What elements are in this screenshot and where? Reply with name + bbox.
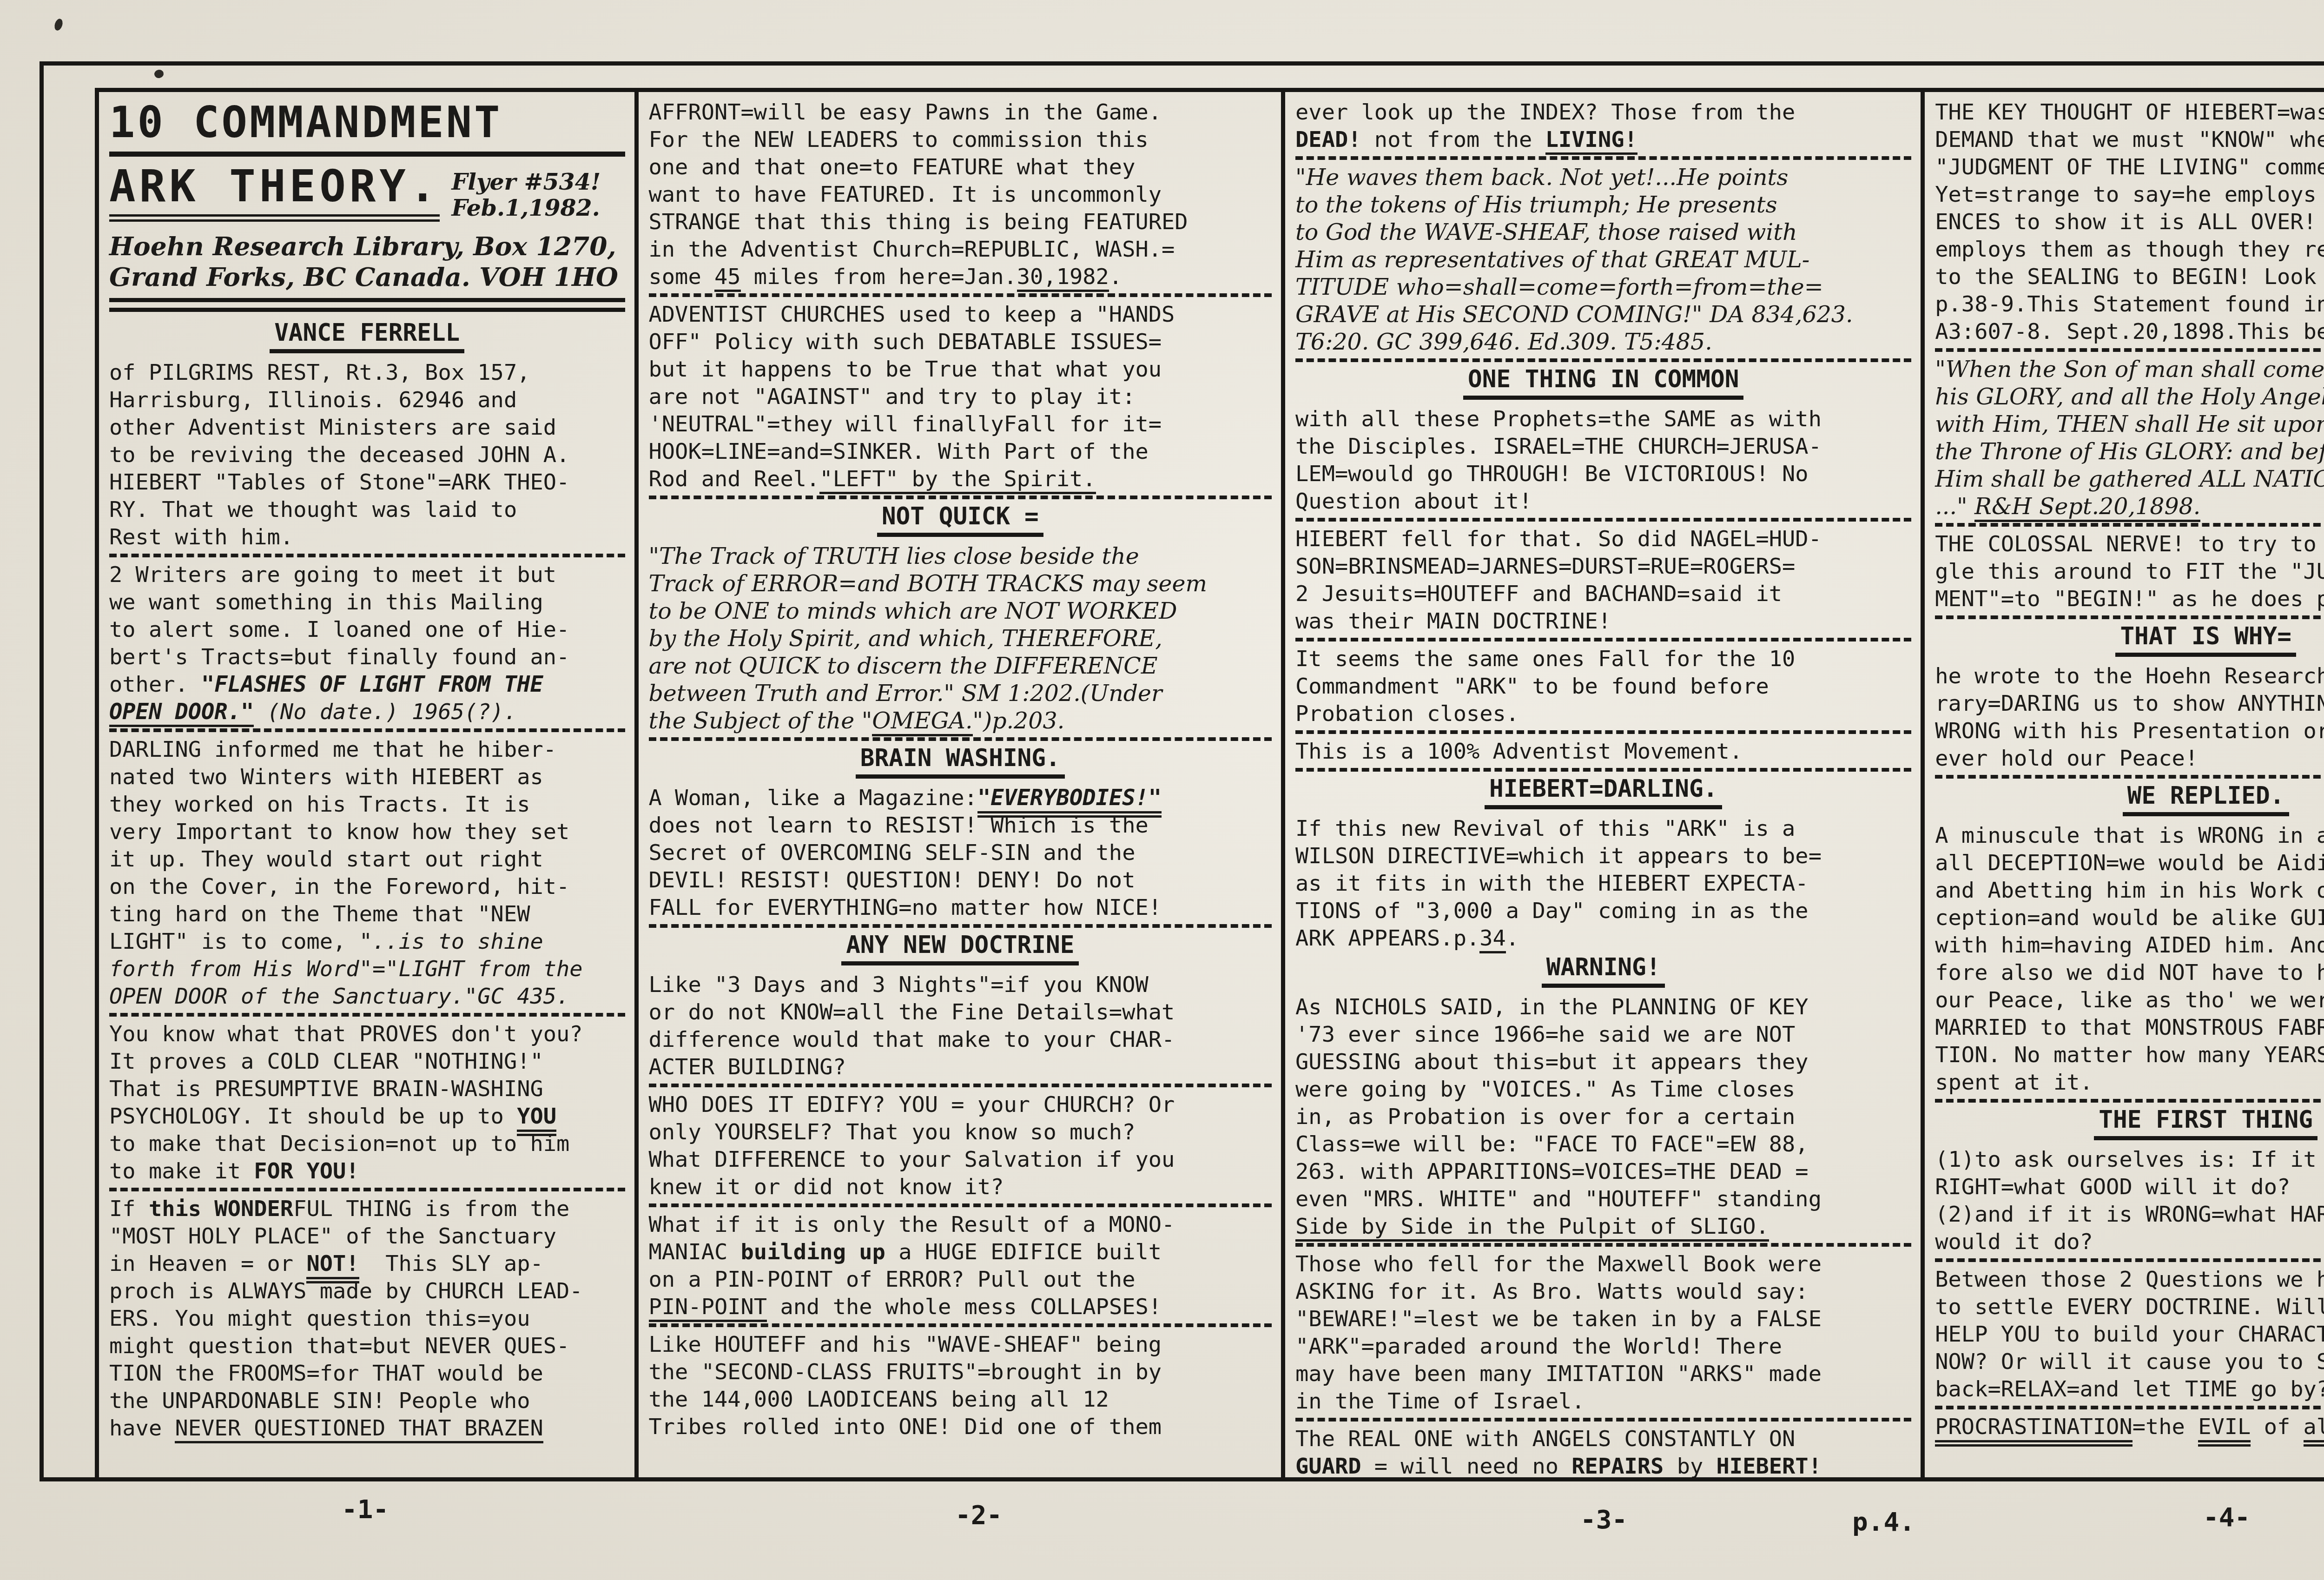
page-number-2: -2- (955, 1501, 1002, 1529)
flyer-number: Flyer #534! (452, 169, 601, 195)
section-heading: WARNING! (1295, 954, 1911, 988)
quotation-paragraph: "The Track of TRUTH lies close beside th… (649, 542, 1272, 741)
paragraph: THE KEY THOUGHT OF HIEBERT=was the DEMAN… (1935, 99, 2324, 352)
paragraph: A Woman, like a Magazine:"EVERYBODIES!" … (649, 784, 1272, 928)
masthead: 10 COMMANDMENT ARK THEORY. Flyer #534! F… (109, 99, 625, 312)
paragraph: he wrote to the Hoehn Research Lib- rary… (1935, 662, 2324, 779)
column-1-text: VANCE FERRELLof PILGRIMS REST, Rt.3, Box… (109, 319, 625, 1442)
paragraph: If this new Revival of this "ARK" is a W… (1295, 815, 1911, 952)
section-heading: WE REPLIED. (1935, 782, 2324, 816)
column-3: ever look up the INDEX? Those from the D… (1285, 92, 1925, 1477)
paragraph: Like "3 Days and 3 Nights"=if you KNOW o… (649, 971, 1272, 1087)
paragraph: with all these Prophets=the SAME as with… (1295, 405, 1911, 522)
column-4-text: THE KEY THOUGHT OF HIEBERT=was the DEMAN… (1935, 99, 2324, 1441)
quotation-paragraph: "He waves them back. Not yet!...He point… (1295, 164, 1911, 362)
paragraph: WHO DOES IT EDIFY? YOU = your CHURCH? Or… (649, 1091, 1272, 1207)
paragraph: If this WONDERFUL THING is from the "MOS… (109, 1195, 625, 1442)
double-rule (109, 298, 625, 312)
section-heading: BRAIN WASHING. (649, 745, 1272, 779)
paragraph: A minuscule that is WRONG in an over all… (1935, 822, 2324, 1103)
paragraph: (1)to ask ourselves is: If it is RIGHT=w… (1935, 1146, 2324, 1262)
flyer-sheet: 10 COMMANDMENT ARK THEORY. Flyer #534! F… (40, 61, 2324, 1481)
page-number-1: -1- (342, 1496, 389, 1524)
page-number-4: -4- (2203, 1504, 2250, 1532)
paragraph: 2 Writers are going to meet it but we wa… (109, 561, 625, 732)
section-heading: THE FIRST THING (1935, 1106, 2324, 1140)
paragraph: You know what that PROVES don't you? It … (109, 1020, 625, 1191)
ink-speck (53, 18, 64, 32)
paragraph: ever look up the INDEX? Those from the D… (1295, 99, 1911, 160)
section-heading: ANY NEW DOCTRINE (649, 932, 1272, 965)
page-4-reference: p.4. (1852, 1508, 1915, 1536)
paragraph: THE COLOSSAL NERVE! to try to wig- gle t… (1935, 530, 2324, 619)
column-4: THE KEY THOUGHT OF HIEBERT=was the DEMAN… (1925, 92, 2324, 1477)
column-2-text: AFFRONT=will be easy Pawns in the Game. … (649, 99, 1272, 1441)
paragraph: HIEBERT fell for that. So did NAGEL=HUD-… (1295, 525, 1911, 641)
column-grid: 10 COMMANDMENT ARK THEORY. Flyer #534! F… (95, 88, 2324, 1477)
flyer-date: Feb.1,1982. (452, 195, 601, 221)
section-heading: THAT IS WHY= (1935, 623, 2324, 657)
section-heading: HIEBERT=DARLING. (1295, 775, 1911, 809)
paragraph: This is a 100% Adventist Movement. (1295, 738, 1911, 772)
paragraph: It seems the same ones Fall for the 10 C… (1295, 645, 1911, 734)
column-1: 10 COMMANDMENT ARK THEORY. Flyer #534! F… (99, 92, 639, 1477)
flyer-title-line1: 10 COMMANDMENT (109, 99, 625, 157)
scanned-flyer-page: { "masthead": { "title_line1": "10 COMMA… (0, 0, 2324, 1580)
section-heading: ONE THING IN COMMON (1295, 366, 1911, 400)
page-number-3: -3- (1580, 1506, 1627, 1534)
paragraph: ADVENTIST CHURCHES used to keep a "HANDS… (649, 301, 1272, 499)
paragraph: The REAL ONE with ANGELS CONSTANTLY ON G… (1295, 1425, 1911, 1477)
paragraph: As NICHOLS SAID, in the PLANNING OF KEY … (1295, 993, 1911, 1247)
section-heading: VANCE FERRELL (109, 319, 625, 353)
paragraph: PROCRASTINATION=the EVIL of all (1935, 1413, 2324, 1441)
paragraph: Between those 2 Questions we have to set… (1935, 1266, 2324, 1409)
paragraph: Like HOUTEFF and his "WAVE-SHEAF" being … (649, 1331, 1272, 1441)
paragraph: Those who fell for the Maxwell Book were… (1295, 1250, 1911, 1421)
paragraph: What if it is only the Result of a MONO-… (649, 1211, 1272, 1327)
column-3-text: ever look up the INDEX? Those from the D… (1295, 99, 1911, 1477)
publisher-address: Hoehn Research Library, Box 1270, Grand … (109, 231, 625, 292)
flyer-number-date: Flyer #534! Feb.1,1982. (452, 169, 601, 222)
paragraph: DARLING informed me that he hiber- nated… (109, 736, 625, 1017)
paragraph: of PILGRIMS REST, Rt.3, Box 157, Harrisb… (109, 359, 625, 557)
paragraph: AFFRONT=will be easy Pawns in the Game. … (649, 99, 1272, 297)
section-heading: NOT QUICK = (649, 503, 1272, 537)
column-2: AFFRONT=will be easy Pawns in the Game. … (639, 92, 1286, 1477)
quotation-paragraph: "When the Son of man shall come in his G… (1935, 356, 2324, 527)
flyer-title-line2: ARK THEORY. (109, 163, 440, 222)
